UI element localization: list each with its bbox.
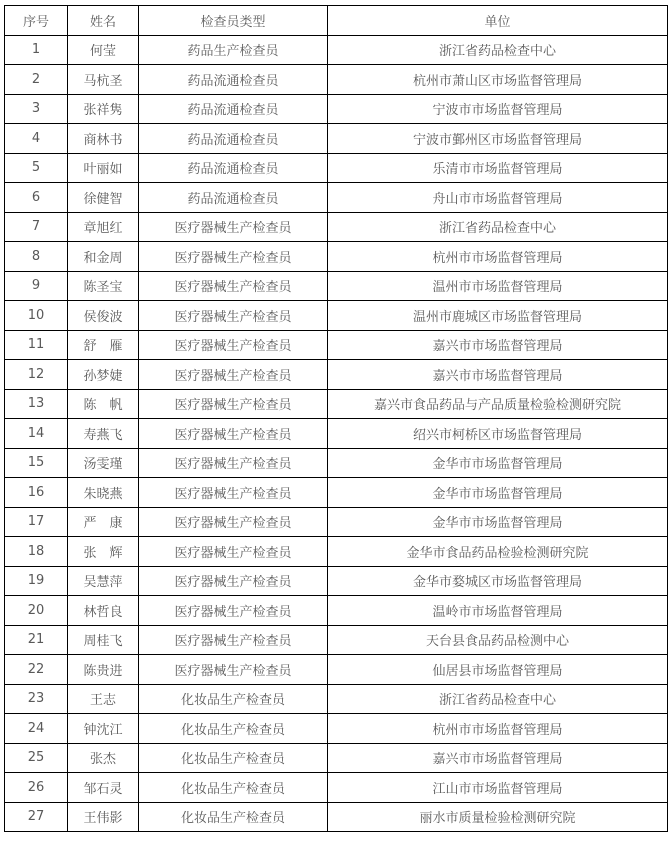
table-row: 5叶丽如药品流通检查员乐清市市场监督管理局	[5, 153, 668, 183]
cell-name: 章旭红	[68, 212, 139, 242]
cell-unit: 浙江省药品检查中心	[328, 212, 668, 242]
cell-name: 严 康	[68, 507, 139, 537]
cell-name: 张 辉	[68, 537, 139, 567]
cell-index: 23	[5, 684, 68, 714]
cell-type: 药品流通检查员	[139, 183, 328, 213]
cell-type: 药品流通检查员	[139, 65, 328, 95]
inspector-roster-table: 序号 姓名 检查员类型 单位 1何莹药品生产检查员浙江省药品检查中心2马杭圣药品…	[4, 5, 668, 832]
cell-name: 周桂飞	[68, 625, 139, 655]
cell-name: 何莹	[68, 35, 139, 65]
cell-unit: 乐清市市场监督管理局	[328, 153, 668, 183]
cell-type: 医疗器械生产检查员	[139, 389, 328, 419]
cell-name: 陈 帆	[68, 389, 139, 419]
cell-index: 19	[5, 566, 68, 596]
table-row: 12孙梦婕医疗器械生产检查员嘉兴市市场监督管理局	[5, 360, 668, 390]
table-row: 13陈 帆医疗器械生产检查员嘉兴市食品药品与产品质量检验检测研究院	[5, 389, 668, 419]
table-row: 24钟沈江化妆品生产检查员杭州市市场监督管理局	[5, 714, 668, 744]
cell-name: 王伟影	[68, 802, 139, 832]
cell-unit: 丽水市质量检验检测研究院	[328, 802, 668, 832]
cell-type: 医疗器械生产检查员	[139, 655, 328, 685]
cell-unit: 绍兴市柯桥区市场监督管理局	[328, 419, 668, 449]
table-row: 3张祥隽药品流通检查员宁波市市场监督管理局	[5, 94, 668, 124]
cell-name: 邹石灵	[68, 773, 139, 803]
header-cell-unit: 单位	[328, 6, 668, 36]
cell-index: 5	[5, 153, 68, 183]
cell-unit: 金华市市场监督管理局	[328, 448, 668, 478]
cell-name: 张杰	[68, 743, 139, 773]
cell-index: 17	[5, 507, 68, 537]
cell-name: 张祥隽	[68, 94, 139, 124]
cell-type: 药品流通检查员	[139, 153, 328, 183]
cell-unit: 温岭市市场监督管理局	[328, 596, 668, 626]
cell-index: 8	[5, 242, 68, 272]
cell-name: 侯俊波	[68, 301, 139, 331]
cell-name: 陈圣宝	[68, 271, 139, 301]
table-row: 18张 辉医疗器械生产检查员金华市食品药品检验检测研究院	[5, 537, 668, 567]
cell-name: 舒 雁	[68, 330, 139, 360]
cell-index: 22	[5, 655, 68, 685]
inspector-table-container: 序号 姓名 检查员类型 单位 1何莹药品生产检查员浙江省药品检查中心2马杭圣药品…	[4, 5, 668, 832]
cell-type: 药品生产检查员	[139, 35, 328, 65]
table-row: 23王志化妆品生产检查员浙江省药品检查中心	[5, 684, 668, 714]
header-cell-type: 检查员类型	[139, 6, 328, 36]
cell-name: 叶丽如	[68, 153, 139, 183]
table-row: 17严 康医疗器械生产检查员金华市市场监督管理局	[5, 507, 668, 537]
cell-type: 医疗器械生产检查员	[139, 566, 328, 596]
cell-name: 陈贵进	[68, 655, 139, 685]
cell-index: 27	[5, 802, 68, 832]
table-row: 26邹石灵化妆品生产检查员江山市市场监督管理局	[5, 773, 668, 803]
table-body: 1何莹药品生产检查员浙江省药品检查中心2马杭圣药品流通检查员杭州市萧山区市场监督…	[5, 35, 668, 832]
table-row: 21周桂飞医疗器械生产检查员天台县食品药品检测中心	[5, 625, 668, 655]
cell-name: 徐健智	[68, 183, 139, 213]
cell-unit: 宁波市市场监督管理局	[328, 94, 668, 124]
cell-unit: 嘉兴市食品药品与产品质量检验检测研究院	[328, 389, 668, 419]
cell-index: 20	[5, 596, 68, 626]
cell-unit: 江山市市场监督管理局	[328, 773, 668, 803]
cell-index: 3	[5, 94, 68, 124]
cell-type: 医疗器械生产检查员	[139, 625, 328, 655]
cell-unit: 杭州市萧山区市场监督管理局	[328, 65, 668, 95]
cell-index: 6	[5, 183, 68, 213]
cell-unit: 浙江省药品检查中心	[328, 684, 668, 714]
table-row: 10侯俊波医疗器械生产检查员温州市鹿城区市场监督管理局	[5, 301, 668, 331]
table-row: 15汤雯瑾医疗器械生产检查员金华市市场监督管理局	[5, 448, 668, 478]
table-row: 9陈圣宝医疗器械生产检查员温州市市场监督管理局	[5, 271, 668, 301]
table-row: 2马杭圣药品流通检查员杭州市萧山区市场监督管理局	[5, 65, 668, 95]
table-row: 4商林书药品流通检查员宁波市鄞州区市场监督管理局	[5, 124, 668, 154]
cell-name: 和金周	[68, 242, 139, 272]
cell-unit: 温州市市场监督管理局	[328, 271, 668, 301]
cell-type: 医疗器械生产检查员	[139, 596, 328, 626]
table-row: 8和金周医疗器械生产检查员杭州市市场监督管理局	[5, 242, 668, 272]
cell-index: 7	[5, 212, 68, 242]
header-cell-name: 姓名	[68, 6, 139, 36]
cell-index: 18	[5, 537, 68, 567]
cell-unit: 舟山市市场监督管理局	[328, 183, 668, 213]
cell-name: 商林书	[68, 124, 139, 154]
cell-type: 医疗器械生产检查员	[139, 360, 328, 390]
table-row: 14寿燕飞医疗器械生产检查员绍兴市柯桥区市场监督管理局	[5, 419, 668, 449]
cell-index: 14	[5, 419, 68, 449]
header-cell-index: 序号	[5, 6, 68, 36]
cell-index: 16	[5, 478, 68, 508]
cell-unit: 嘉兴市市场监督管理局	[328, 330, 668, 360]
cell-index: 13	[5, 389, 68, 419]
table-row: 25张杰化妆品生产检查员嘉兴市市场监督管理局	[5, 743, 668, 773]
cell-index: 15	[5, 448, 68, 478]
cell-type: 医疗器械生产检查员	[139, 271, 328, 301]
cell-unit: 嘉兴市市场监督管理局	[328, 360, 668, 390]
cell-unit: 金华市婺城区市场监督管理局	[328, 566, 668, 596]
cell-type: 化妆品生产检查员	[139, 714, 328, 744]
cell-type: 化妆品生产检查员	[139, 802, 328, 832]
cell-unit: 仙居县市场监督管理局	[328, 655, 668, 685]
cell-unit: 杭州市市场监督管理局	[328, 714, 668, 744]
table-row: 6徐健智药品流通检查员舟山市市场监督管理局	[5, 183, 668, 213]
table-row: 22陈贵进医疗器械生产检查员仙居县市场监督管理局	[5, 655, 668, 685]
table-row: 1何莹药品生产检查员浙江省药品检查中心	[5, 35, 668, 65]
cell-unit: 金华市食品药品检验检测研究院	[328, 537, 668, 567]
cell-name: 马杭圣	[68, 65, 139, 95]
cell-type: 医疗器械生产检查员	[139, 448, 328, 478]
cell-type: 医疗器械生产检查员	[139, 537, 328, 567]
cell-index: 26	[5, 773, 68, 803]
cell-type: 化妆品生产检查员	[139, 684, 328, 714]
cell-unit: 温州市鹿城区市场监督管理局	[328, 301, 668, 331]
cell-name: 孙梦婕	[68, 360, 139, 390]
cell-index: 2	[5, 65, 68, 95]
table-row: 20林哲良医疗器械生产检查员温岭市市场监督管理局	[5, 596, 668, 626]
cell-name: 钟沈江	[68, 714, 139, 744]
cell-unit: 天台县食品药品检测中心	[328, 625, 668, 655]
cell-name: 王志	[68, 684, 139, 714]
table-row: 11舒 雁医疗器械生产检查员嘉兴市市场监督管理局	[5, 330, 668, 360]
cell-unit: 金华市市场监督管理局	[328, 507, 668, 537]
cell-type: 医疗器械生产检查员	[139, 301, 328, 331]
page: 序号 姓名 检查员类型 单位 1何莹药品生产检查员浙江省药品检查中心2马杭圣药品…	[0, 0, 669, 841]
cell-name: 吴慧萍	[68, 566, 139, 596]
table-row: 7章旭红医疗器械生产检查员浙江省药品检查中心	[5, 212, 668, 242]
cell-type: 化妆品生产检查员	[139, 743, 328, 773]
header-row: 序号 姓名 检查员类型 单位	[5, 6, 668, 36]
cell-unit: 嘉兴市市场监督管理局	[328, 743, 668, 773]
cell-type: 医疗器械生产检查员	[139, 212, 328, 242]
cell-name: 汤雯瑾	[68, 448, 139, 478]
table-row: 19吴慧萍医疗器械生产检查员金华市婺城区市场监督管理局	[5, 566, 668, 596]
cell-index: 21	[5, 625, 68, 655]
cell-index: 24	[5, 714, 68, 744]
cell-type: 药品流通检查员	[139, 94, 328, 124]
cell-unit: 浙江省药品检查中心	[328, 35, 668, 65]
cell-unit: 宁波市鄞州区市场监督管理局	[328, 124, 668, 154]
cell-name: 林哲良	[68, 596, 139, 626]
table-row: 27王伟影化妆品生产检查员丽水市质量检验检测研究院	[5, 802, 668, 832]
cell-type: 医疗器械生产检查员	[139, 242, 328, 272]
cell-index: 12	[5, 360, 68, 390]
cell-name: 朱晓燕	[68, 478, 139, 508]
cell-type: 化妆品生产检查员	[139, 773, 328, 803]
cell-index: 10	[5, 301, 68, 331]
table-row: 16朱晓燕医疗器械生产检查员金华市市场监督管理局	[5, 478, 668, 508]
cell-unit: 金华市市场监督管理局	[328, 478, 668, 508]
cell-type: 医疗器械生产检查员	[139, 507, 328, 537]
cell-type: 药品流通检查员	[139, 124, 328, 154]
cell-index: 11	[5, 330, 68, 360]
cell-index: 9	[5, 271, 68, 301]
cell-name: 寿燕飞	[68, 419, 139, 449]
cell-type: 医疗器械生产检查员	[139, 330, 328, 360]
cell-unit: 杭州市市场监督管理局	[328, 242, 668, 272]
cell-index: 1	[5, 35, 68, 65]
cell-type: 医疗器械生产检查员	[139, 419, 328, 449]
cell-type: 医疗器械生产检查员	[139, 478, 328, 508]
cell-index: 4	[5, 124, 68, 154]
cell-index: 25	[5, 743, 68, 773]
